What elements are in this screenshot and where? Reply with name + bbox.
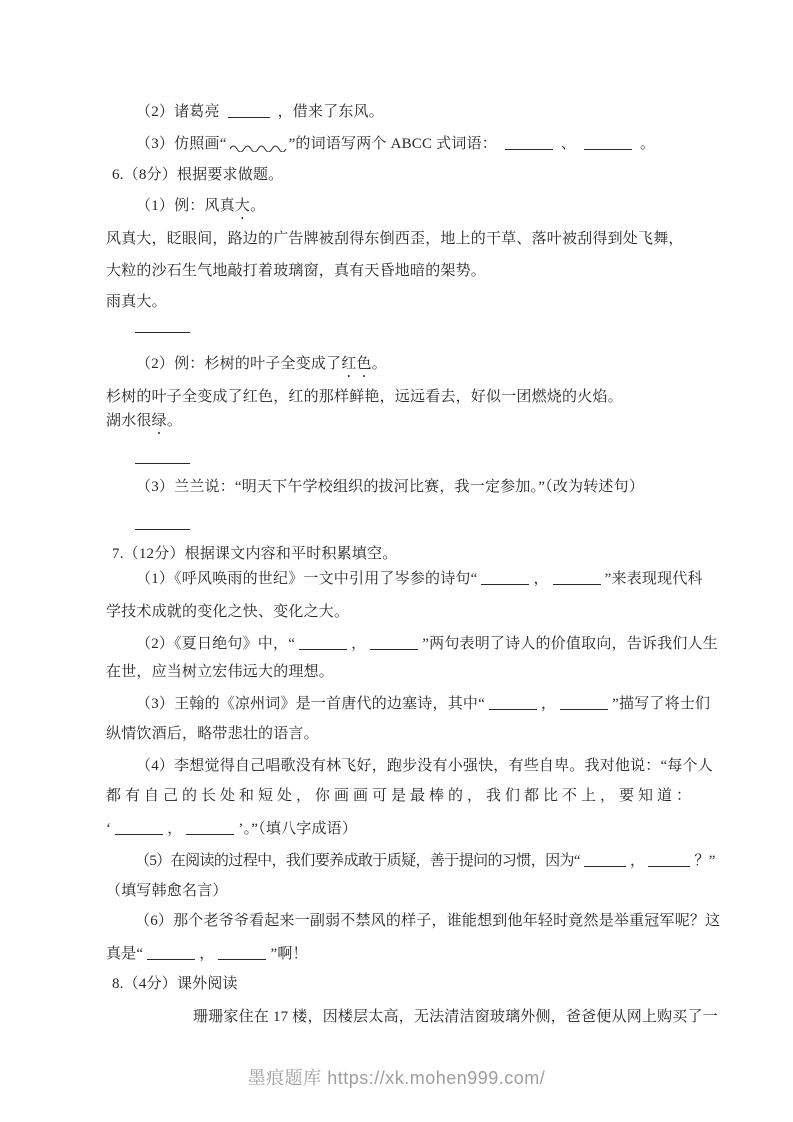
answer-blank [481,570,529,585]
q6-item1-emphasized: 大 [235,198,250,214]
q7-item2-pre: （2）《夏日绝句》中，“ [136,636,295,652]
q5-item3-pre: （3）仿照画“ [136,136,227,152]
q7-item4-line1-text: （4）李想觉得自己唱歌没有林飞好，跑步没有小强快，有些自卑。我对他说：“每个人 [136,758,713,774]
answer-blank [648,852,690,867]
q6-item2-prompt-pre: 湖水很 [106,413,152,429]
q8-title: 8.（4分）课外阅读 [112,974,238,994]
q7-item6-comma: ， [199,946,214,962]
q7-item3-post: ”描写了将士们 [612,696,710,712]
answer-blank [228,103,270,118]
q6-item1-answer-line [135,317,190,337]
answer-blank [147,945,195,960]
q6-title-text: 6.（8分）根据要求做题。 [112,167,283,183]
q7-item3-pre: （3）王翰的《凉州词》是一首唐代的边塞诗，其中“ [136,696,485,712]
q6-item2-prompt-emphasized: 绿 [152,413,167,429]
q7-item2-comma: ， [351,636,366,652]
answer-blank [135,318,190,333]
q7-item1-line1: （1）《呼风唤雨的世纪》一文中引用了岑参的诗句“，”来表现现代科 [136,569,703,589]
q5-item3-sep: 、 [561,136,576,152]
q6-item1-prompt-text: 雨真大。 [106,294,167,310]
q7-item6-post: ”啊！ [270,946,307,962]
q6-item1-para2-text: 大粒的沙石生气地敲打着玻璃窗，真有天昏地暗的架势。 [106,263,486,279]
q6-item3-text: （3）兰兰说：“明天下午学校组织的拔河比赛，我一定参加。”（改为转述句） [136,479,644,495]
q6-item2-para1-text: 杉树的叶子全变成了红色，红的那样鲜艳，远远看去，好似一团燃烧的火焰。 [106,389,623,405]
answer-blank [584,852,626,867]
answer-blank [505,135,553,150]
q8-title-text: 8.（4分）课外阅读 [112,976,238,992]
footer-watermark: 墨痕题库 https://xk.mohen999.com/ [0,1064,793,1090]
q7-item2-cont: 在世，应当树立宏伟远大的理想。 [106,664,334,680]
footer-site-name: 墨痕题库 [248,1068,322,1088]
answer-blank [186,820,234,835]
q7-item3-line2: 纵情饮酒后，略带悲壮的语言。 [106,724,319,744]
q7-item4-line3: ‘，’。”（填八字成语） [106,819,357,839]
q8-passage-line1: 珊珊家住在 17 楼，因楼层太高，无法清洁窗玻璃外侧，爸爸便从网上购买了一 [193,1007,718,1027]
answer-blank [115,820,163,835]
q7-item5-line1: （5）在阅读的过程中，我们要养成敢于质疑，善于提问的习惯，因为“，？” [135,851,715,871]
q7-item5-post: ？” [694,853,714,869]
answer-blank [135,449,190,464]
answer-blank [560,695,608,710]
q7-title: 7.（12分）根据课文内容和平时积累填空。 [112,544,397,564]
answer-blank [553,570,601,585]
q7-item4-pre: ‘ [106,821,111,837]
q7-item6-line1: （6）那个老爷爷看起来一副弱不禁风的样子，谁能想到他年轻时竟然是举重冠军呢？这 [135,911,720,931]
q7-item4-post: ’。”（填八字成语） [238,821,357,837]
q7-item5-note: （填写韩愈名言） [106,881,228,901]
q7-item2-line1: （2）《夏日绝句》中，“，”两句表明了诗人的价值取向，告诉我们人生 [136,634,718,654]
q7-item4-comma: ， [167,821,182,837]
q5-item2-post: ，借来了东风。 [278,104,384,120]
answer-blank [299,635,347,650]
q6-item2-end: 。 [372,356,387,372]
q6-item2-emphasized: 红色 [341,356,371,372]
q6-item2-prompt: 湖水很绿。 [106,411,182,438]
q5-item3-line: （3）仿照画“”的词语写两个 ABCC 式词语： 、 。 [136,134,655,154]
q7-item1-post: ”来表现现代科 [605,571,703,587]
q6-item2-label: （2）例：杉树的叶子全变成了红色。 [136,354,387,381]
q7-item3-comma: ， [541,696,556,712]
q7-item6-line2: 真是“，”啊！ [106,944,308,964]
q6-item1-paragraph-line2: 大粒的沙石生气地敲打着玻璃窗，真有天昏地暗的架势。 [106,261,486,281]
answer-blank [584,135,632,150]
q6-item2-answer-line [135,448,190,468]
q7-item2-line2: 在世，应当树立宏伟远大的理想。 [106,662,334,682]
q7-item4-line2-text: 都有自己的长处和短处，你画画可是最棒的，我们都比不上，要知道： [106,788,695,804]
q6-item1-end: 。 [250,198,265,214]
q7-item1-pre: （1）《呼风唤雨的世纪》一文中引用了岑参的诗句“ [136,571,477,587]
q5-item3-mid: ”的词语写两个 ABCC 式词语： [289,136,497,152]
q5-item2-pre: （2）诸葛亮 [136,104,220,120]
q7-item3-cont: 纵情饮酒后，略带悲壮的语言。 [106,726,319,742]
q6-item1-pre: （1）例：风真 [136,198,235,214]
q7-item5-pre: （5）在阅读的过程中，我们要养成敢于质疑，善于提问的习惯，因为“ [135,853,580,869]
q6-item2-paragraph: 杉树的叶子全变成了红色，红的那样鲜艳，远远看去，好似一团燃烧的火焰。 [106,387,623,407]
answer-blank [135,515,190,530]
q6-item3-label: （3）兰兰说：“明天下午学校组织的拔河比赛，我一定参加。”（改为转述句） [136,477,644,497]
q8-passage-text: 珊珊家住在 17 楼，因楼层太高，无法清洁窗玻璃外侧，爸爸便从网上购买了一 [193,1009,718,1025]
wavy-underline-icon [229,144,287,152]
q7-item4-line1: （4）李想觉得自己唱歌没有林飞好，跑步没有小强快，有些自卑。我对他说：“每个人 [136,756,713,776]
q7-item1-line2: 学技术成就的变化之快、变化之大。 [106,602,349,622]
answer-blank [370,635,418,650]
q7-item5-note-text: （填写韩愈名言） [106,883,228,899]
q5-item3-end: 。 [640,136,655,152]
q7-item1-comma: ， [533,571,548,587]
q7-item6-pre: 真是“ [106,946,143,962]
answer-blank [218,945,266,960]
footer-url: https://xk.mohen999.com/ [327,1068,545,1088]
q6-title: 6.（8分）根据要求做题。 [112,165,283,185]
q7-item4-line2: 都有自己的长处和短处，你画画可是最棒的，我们都比不上，要知道： [106,786,695,806]
q5-item2-line: （2）诸葛亮 ，借来了东风。 [136,102,384,122]
answer-blank [489,695,537,710]
exam-paper-page: （2）诸葛亮 ，借来了东风。 （3）仿照画“”的词语写两个 ABCC 式词语： … [0,0,793,1122]
q7-item2-post: ”两句表明了诗人的价值取向，告诉我们人生 [422,636,718,652]
q6-item1-prompt: 雨真大。 [106,292,167,312]
q6-item2-pre: （2）例：杉树的叶子全变成了 [136,356,341,372]
q7-title-text: 7.（12分）根据课文内容和平时积累填空。 [112,546,397,562]
q6-item1-label: （1）例：风真大。 [136,196,265,223]
q7-item3-line1: （3）王翰的《凉州词》是一首唐代的边塞诗，其中“，”描写了将士们 [136,694,710,714]
q6-item1-paragraph-line1: 风真大，眨眼间，路边的广告牌被刮得东倒西歪，地上的干草、落叶被刮得到处飞舞， [106,229,684,249]
q6-item1-para1-text: 风真大，眨眼间，路边的广告牌被刮得东倒西歪，地上的干草、落叶被刮得到处飞舞， [106,231,684,247]
q7-item5-comma: ， [630,853,644,869]
q6-item2-prompt-end: 。 [167,413,182,429]
q6-item3-answer-line [135,514,190,534]
q7-item1-cont: 学技术成就的变化之快、变化之大。 [106,604,349,620]
q7-item6-line1-text: （6）那个老爷爷看起来一副弱不禁风的样子，谁能想到他年轻时竟然是举重冠军呢？这 [135,913,720,929]
